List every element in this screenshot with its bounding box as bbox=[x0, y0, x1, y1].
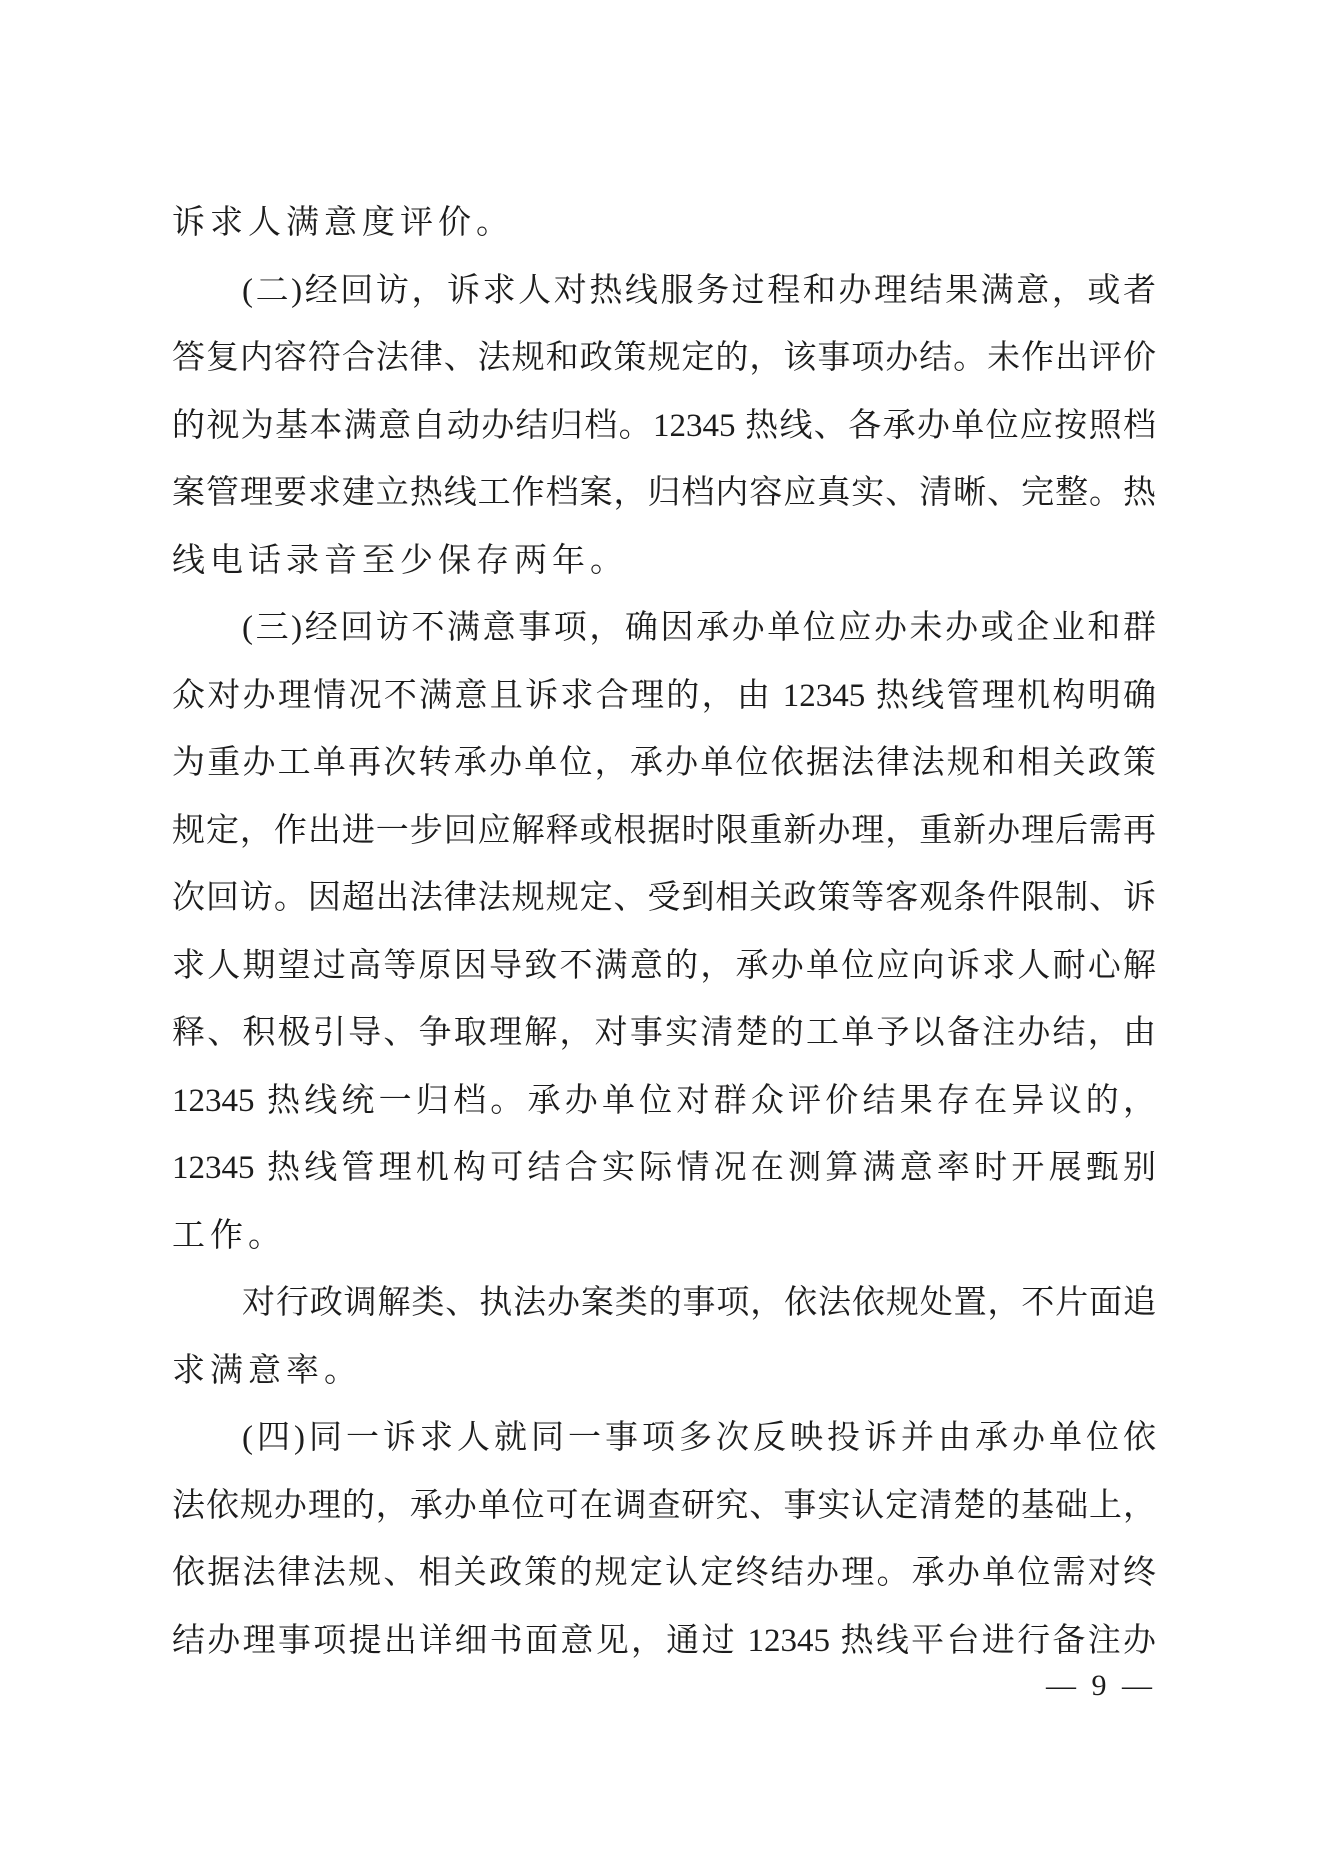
text-line: 次回访。因超出法律法规规定、受到相关政策等客观条件限制、诉 bbox=[172, 865, 1156, 933]
text-block: 诉求人满意度评价。(二)经回访，诉求人对热线服务过程和办理结果满意，或者答复内容… bbox=[172, 190, 1156, 1675]
text-line: 答复内容符合法律、法规和政策规定的，该事项办结。未作出评价 bbox=[172, 325, 1156, 393]
text-line: 求人期望过高等原因导致不满意的，承办单位应向诉求人耐心解 bbox=[172, 933, 1156, 1001]
text-line: 工作。 bbox=[172, 1203, 1156, 1271]
text-line: 案管理要求建立热线工作档案，归档内容应真实、清晰、完整。热 bbox=[172, 460, 1156, 528]
text-line: 为重办工单再次转承办单位，承办单位依据法律法规和相关政策 bbox=[172, 730, 1156, 798]
text-line: 规定，作出进一步回应解释或根据时限重新办理，重新办理后需再 bbox=[172, 798, 1156, 866]
text-line: 依据法律法规、相关政策的规定认定终结办理。承办单位需对终 bbox=[172, 1540, 1156, 1608]
text-line: 12345 热线统一归档。承办单位对群众评价结果存在异议的， bbox=[172, 1068, 1156, 1136]
text-line: 法依规办理的，承办单位可在调查研究、事实认定清楚的基础上， bbox=[172, 1473, 1156, 1541]
text-line: (四)同一诉求人就同一事项多次反映投诉并由承办单位依 bbox=[172, 1405, 1156, 1473]
text-line: 对行政调解类、执法办案类的事项，依法依规处置，不片面追 bbox=[172, 1270, 1156, 1338]
text-line: 12345 热线管理机构可结合实际情况在测算满意率时开展甄别 bbox=[172, 1135, 1156, 1203]
text-line: 求满意率。 bbox=[172, 1338, 1156, 1406]
text-line: 的视为基本满意自动办结归档。12345 热线、各承办单位应按照档 bbox=[172, 393, 1156, 461]
text-line: (三)经回访不满意事项，确因承办单位应办未办或企业和群 bbox=[172, 595, 1156, 663]
text-line: 诉求人满意度评价。 bbox=[172, 190, 1156, 258]
document-page: 诉求人满意度评价。(二)经回访，诉求人对热线服务过程和办理结果满意，或者答复内容… bbox=[0, 0, 1323, 1871]
page-number: — 9 — bbox=[1000, 1666, 1156, 1706]
text-line: 结办理事项提出详细书面意见，通过 12345 热线平台进行备注办 bbox=[172, 1608, 1156, 1676]
text-line: 释、积极引导、争取理解，对事实清楚的工单予以备注办结，由 bbox=[172, 1000, 1156, 1068]
text-line: (二)经回访，诉求人对热线服务过程和办理结果满意，或者 bbox=[172, 258, 1156, 326]
text-line: 众对办理情况不满意且诉求合理的，由 12345 热线管理机构明确 bbox=[172, 663, 1156, 731]
text-line: 线电话录音至少保存两年。 bbox=[172, 528, 1156, 596]
